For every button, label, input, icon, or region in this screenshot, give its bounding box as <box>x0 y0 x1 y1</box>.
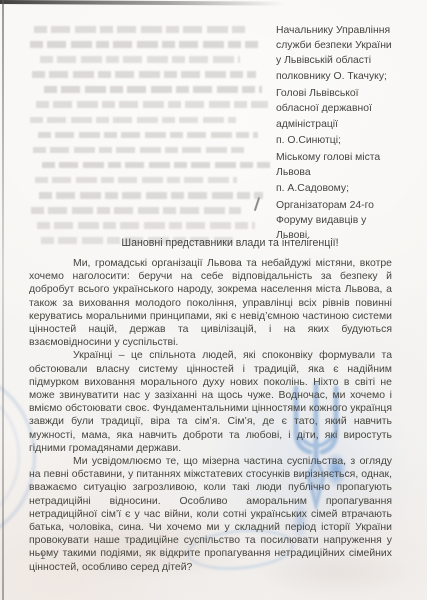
bleed-through-line <box>44 86 262 93</box>
bleed-through-line <box>42 162 270 169</box>
recipient-line: обласної державної <box>276 101 410 116</box>
bleed-through-line <box>33 147 247 154</box>
paragraph: Українці – це спільнота людей, які споко… <box>29 349 392 455</box>
scanner-edge-shadow-top <box>0 0 285 6</box>
bleed-through-text <box>30 26 275 252</box>
bleed-through-line <box>38 132 258 139</box>
bleed-through-line <box>35 177 237 184</box>
recipient-line: адміністрації <box>276 117 410 132</box>
bleed-through-line <box>31 207 241 214</box>
recipient-line: Форуму видавців у <box>276 213 410 228</box>
paragraph: Ми, громадські організації Львова та неб… <box>29 257 392 349</box>
page-number: 1 <box>40 551 45 562</box>
recipient-person: п. А.Садовому; <box>276 181 410 196</box>
recipient-person: полковнику О. Ткачуку; <box>276 69 410 84</box>
bleed-through-line <box>36 101 268 108</box>
recipient-line: Львова <box>276 165 410 180</box>
bleed-through-line <box>40 56 240 63</box>
bleed-through-line <box>30 41 258 48</box>
bleed-through-line <box>39 192 263 199</box>
bleed-through-line <box>30 117 236 124</box>
salutation: Шановні представники влади та інтелігенц… <box>70 237 390 249</box>
bleed-through-line <box>32 71 256 78</box>
bleed-through-line <box>34 26 248 33</box>
recipient-line: Начальнику Управління <box>276 23 410 38</box>
recipient-line: служби безпеки України <box>276 38 410 53</box>
recipient-group: Голові Львівської обласної державної адм… <box>276 86 410 147</box>
recipient-line: у Львівській області <box>276 53 410 68</box>
paragraph: Ми усвідомлюємо те, що мізерна частина с… <box>29 455 392 574</box>
bleed-through-line <box>37 222 255 229</box>
letter-body: Ми, громадські організації Львова та неб… <box>29 257 392 574</box>
recipient-block: Начальнику Управління служби безпеки Укр… <box>276 23 410 245</box>
recipient-group: Міському голові міста Львова п. А.Садово… <box>276 150 410 196</box>
recipient-group: Начальнику Управління служби безпеки Укр… <box>276 23 410 84</box>
recipient-line: Організаторам 24-го <box>276 198 410 213</box>
scanned-letter-page: Начальнику Управління служби безпеки Укр… <box>0 0 427 600</box>
recipient-line: Голові Львівської <box>276 86 410 101</box>
recipient-line: Міському голові міста <box>276 150 410 165</box>
recipient-person: п. О.Синютці; <box>276 133 410 148</box>
